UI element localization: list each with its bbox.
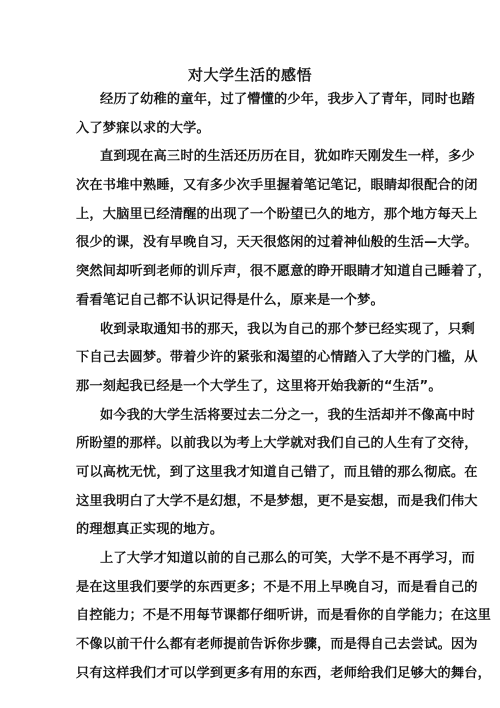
paragraph-5: 上了大学才知道以前的自己那么的可笑，大学不是不再学习，而 是在这里我们要学的东西… — [76, 545, 428, 688]
text-line: 如今我的大学生活将要过去二分之一，我的生活却并不像高中时 — [76, 402, 428, 431]
text-line: 直到现在高三时的生活还历历在目，犹如昨天刚发生一样，多少 — [76, 143, 428, 172]
paragraph-3: 收到录取通知书的那天，我以为自己的那个梦已经实现了，只剩 下自己去圆梦。带着少许… — [76, 316, 428, 402]
text-line: 上了大学才知道以前的自己那么的可笑，大学不是不再学习，而 — [76, 545, 428, 574]
text-line: 看看笔记自己都不认识记得是什么，原来是一个梦。 — [76, 287, 428, 316]
text-line: 经历了幼稚的童年，过了懵懂的少年，我步入了青年，同时也踏 — [76, 86, 428, 115]
text-line: 可以高枕无忧，到了这里我才知道自己错了，而且错的那么彻底。在 — [76, 459, 428, 488]
text-line: 上，大脑里已经清醒的出现了一个盼望已久的地方，那个地方每天上 — [76, 201, 428, 230]
text-line: 次在书堆中熟睡，又有多少次手里握着笔记笔记，眼睛却很配合的闭 — [76, 172, 428, 201]
document-page: 对大学生活的感悟 经历了幼稚的童年，过了懵懂的少年，我步入了青年，同时也踏 入了… — [0, 0, 500, 708]
text-line: 的理想真正实现的地方。 — [76, 516, 428, 545]
document-body: 经历了幼稚的童年，过了懵懂的少年，我步入了青年，同时也踏 入了梦寐以求的大学。 … — [76, 86, 428, 688]
text-line: 很少的课，没有早晚自习，天天很悠闲的过着神仙般的生活—大学。 — [76, 229, 428, 258]
text-line: 只有这样我们才可以学到更多有用的东西，老师给我们足够大的舞台， — [76, 660, 428, 689]
text-line: 入了梦寐以求的大学。 — [76, 115, 428, 144]
text-line: 自控能力；不是不用每节课都仔细听讲，而是看你的自学能力；在这里 — [76, 602, 428, 631]
text-line: 收到录取通知书的那天，我以为自己的那个梦已经实现了，只剩 — [76, 316, 428, 345]
text-line: 是在这里我们要学的东西更多；不是不用上早晚自习，而是看自己的 — [76, 574, 428, 603]
text-line: 这里我明白了大学不是幻想，不是梦想，更不是妄想，而是我们伟大 — [76, 488, 428, 517]
text-line: 所盼望的那样。以前我以为考上大学就对我们自己的人生有了交待， — [76, 430, 428, 459]
paragraph-1: 经历了幼稚的童年，过了懵懂的少年，我步入了青年，同时也踏 入了梦寐以求的大学。 — [76, 86, 428, 143]
text-line: 突然间却听到老师的训斥声，很不愿意的睁开眼睛才知道自己睡着了， — [76, 258, 428, 287]
paragraph-2: 直到现在高三时的生活还历历在目，犹如昨天刚发生一样，多少 次在书堆中熟睡，又有多… — [76, 143, 428, 315]
text-line: 下自己去圆梦。带着少许的紧张和渴望的心情踏入了大学的门槛，从 — [76, 344, 428, 373]
text-line: 那一刻起我已经是一个大学生了，这里将开始我新的“生活”。 — [76, 373, 428, 402]
document-title: 对大学生活的感悟 — [0, 64, 500, 85]
text-line: 不像以前干什么都有老师提前告诉你步骤，而是得自己去尝试。因为 — [76, 631, 428, 660]
paragraph-4: 如今我的大学生活将要过去二分之一，我的生活却并不像高中时 所盼望的那样。以前我以… — [76, 402, 428, 545]
